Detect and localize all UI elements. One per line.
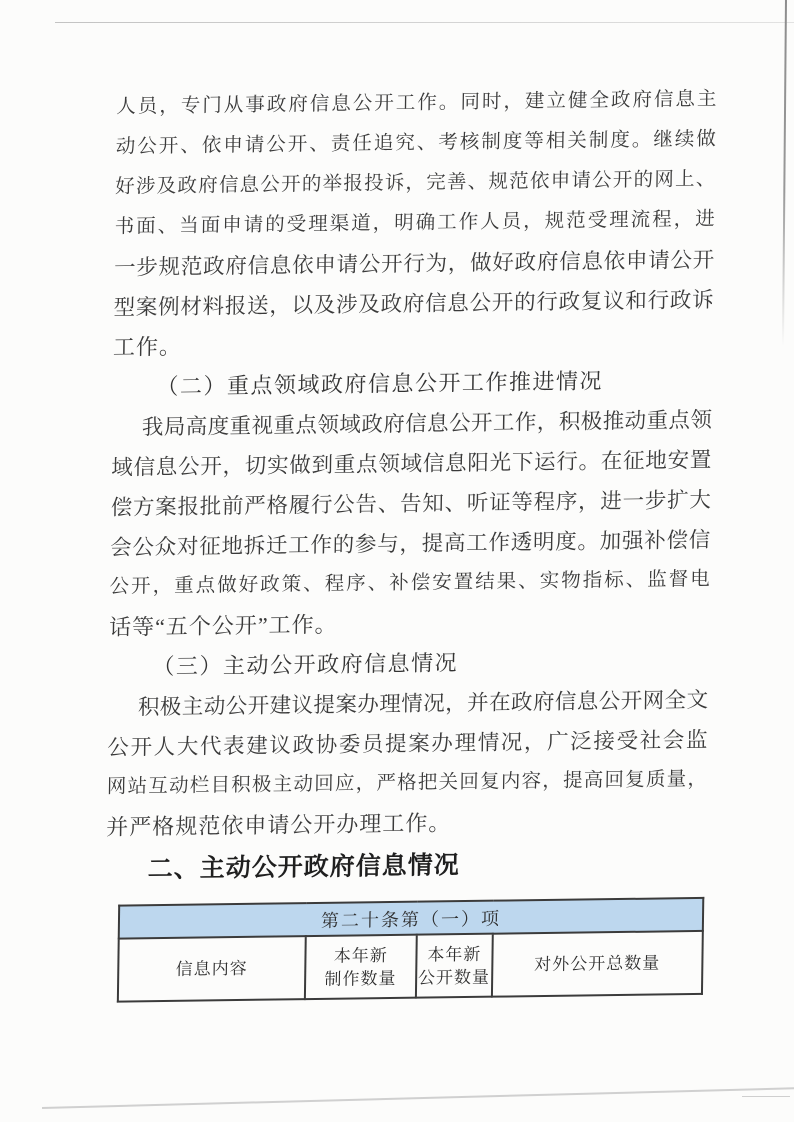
header-cell-line: 制作数量 [306, 966, 415, 990]
scan-edge-bottom-dash [742, 1096, 790, 1097]
chapter-heading: 二、主动公开政府信息情况 [105, 840, 706, 892]
text-line: 公开，重点做好政策、程序、补偿安置结果、实物指标、监督电 [109, 560, 710, 608]
header-cell-line: 本年新 [306, 943, 415, 967]
header-cell-line: 本年新 [417, 942, 491, 966]
body-text: 人员，专门从事政府信息公开工作。同时，建立健全政府信息主 动公开、依申请公开、责… [105, 80, 716, 892]
scanned-content: 人员，专门从事政府信息公开工作。同时，建立健全政府信息主 动公开、依申请公开、责… [0, 0, 794, 1122]
header-cell-line: 公开数量 [417, 965, 491, 989]
document-page: 人员，专门从事政府信息公开工作。同时，建立健全政府信息主 动公开、依申请公开、责… [0, 0, 794, 1122]
header-cell-info-content: 信息内容 [118, 936, 306, 1001]
text-line: 网站互动栏目积极主动回应，严格把关回复内容，提高回复质量， [107, 760, 708, 808]
header-cell-new-published: 本年新 公开数量 [416, 934, 493, 998]
scan-edge-top-line [55, 22, 794, 23]
header-cell-new-created: 本年新 制作数量 [305, 935, 417, 999]
header-cell-total-public: 对外公开总数量 [492, 931, 703, 997]
table-header-row: 信息内容 本年新 制作数量 本年新 公开数量 对外公开总数量 [118, 931, 703, 1002]
text-line: 型案例材料报送，以及涉及政府信息公开的行政复议和行政诉讼 [113, 280, 714, 328]
statistics-table: 第二十条第（一）项 信息内容 本年新 制作数量 本年新 公开数量 对外公开总数量 [117, 897, 704, 1003]
